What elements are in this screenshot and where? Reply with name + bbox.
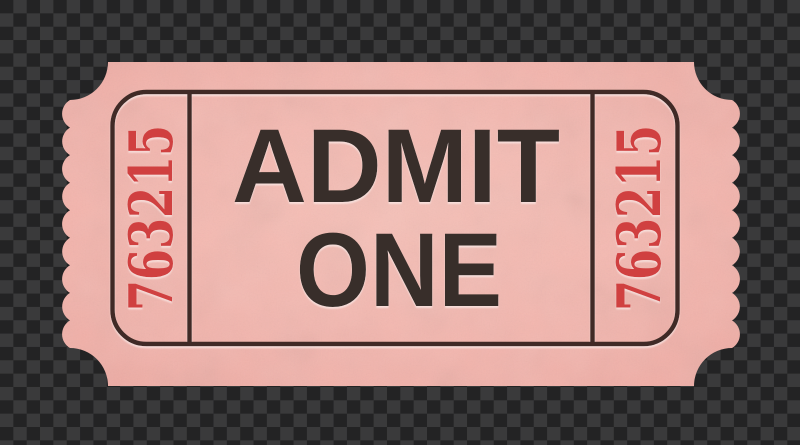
ticket-text-line1: ADMIT [232, 108, 560, 225]
ticket-text-line2: ONE [296, 212, 502, 329]
admit-one-ticket: 763215 763215 ADMIT ONE [0, 0, 800, 445]
serial-number-left: 763215 [117, 125, 187, 311]
serial-number-right: 763215 [605, 125, 675, 311]
transparency-checkerboard: 763215 763215 ADMIT ONE [0, 0, 800, 445]
